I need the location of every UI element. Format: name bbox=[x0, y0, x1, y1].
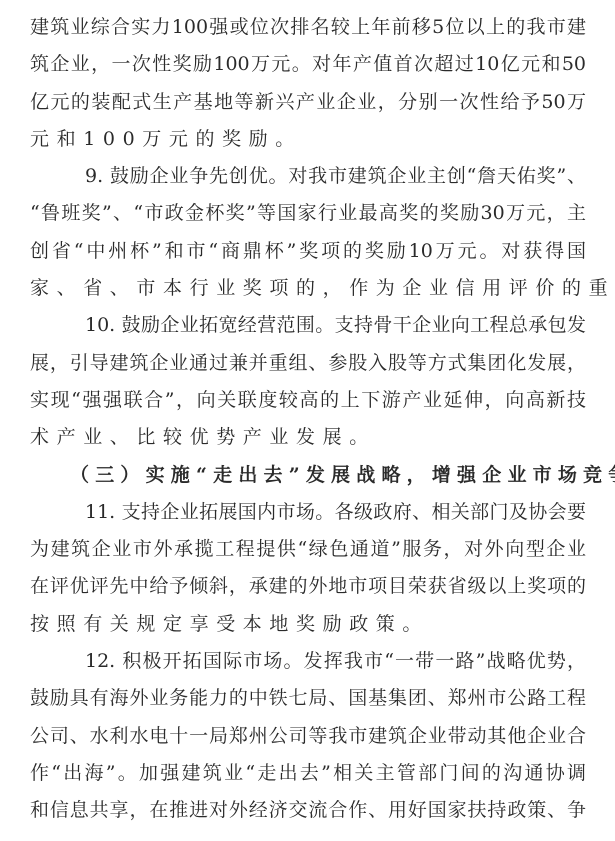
text-line: 元和100万元的奖励。 bbox=[30, 121, 586, 158]
paragraph-item-12: 12. 积极开拓国际市场。发挥我市“一带一路”战略优势， bbox=[30, 643, 586, 680]
paragraph-item-10: 10. 鼓励企业拓宽经营范围。支持骨干企业向工程总承包发 bbox=[30, 307, 586, 344]
text-line: 在评优评先中给予倾斜，承建的外地市项目荣获省级以上奖项的 bbox=[30, 568, 586, 605]
text-line: 实现“强强联合”，向关联度较高的上下游产业延伸，向高新技 bbox=[30, 382, 586, 419]
text-line: 作“出海”。加强建筑业“走出去”相关主管部门间的沟通协调 bbox=[30, 755, 586, 792]
document-page: 建筑业综合实力100强或位次排名较上年前移5位以上的我市建 筑企业，一次性奖励1… bbox=[30, 9, 586, 830]
text-line: 鼓励具有海外业务能力的中铁七局、国基集团、郑州市公路工程 bbox=[30, 680, 586, 717]
text-line: 术产业、比较优势产业发展。 bbox=[30, 419, 586, 456]
text-line: 亿元的装配式生产基地等新兴产业企业，分别一次性给予50万 bbox=[30, 84, 586, 121]
paragraph-item-11: 11. 支持企业拓展国内市场。各级政府、相关部门及协会要 bbox=[30, 494, 586, 531]
text-line: 筑企业，一次性奖励100万元。对年产值首次超过10亿元和50 bbox=[30, 46, 586, 83]
text-line: 展，引导建筑企业通过兼并重组、参股入股等方式集团化发展， bbox=[30, 345, 586, 382]
text-line: 建筑业综合实力100强或位次排名较上年前移5位以上的我市建 bbox=[30, 9, 586, 46]
paragraph-item-9: 9. 鼓励企业争先创优。对我市建筑企业主创“詹天佑奖”、 bbox=[30, 158, 586, 195]
text-line: “鲁班奖”、“市政金杯奖”等国家行业最高奖的奖励30万元，主 bbox=[30, 195, 586, 232]
section-heading: （三）实施“走出去”发展战略，增强企业市场竞争力 bbox=[30, 457, 586, 494]
text-line: 家、省、市本行业奖项的，作为企业信用评价的重要指标。 bbox=[30, 270, 586, 307]
text-line: 为建筑企业市外承揽工程提供“绿色通道”服务，对外向型企业 bbox=[30, 531, 586, 568]
text-line: 创省“中州杯”和市“商鼎杯”奖项的奖励10万元。对获得国 bbox=[30, 233, 586, 270]
text-line: 公司、水利水电十一局郑州公司等我市建筑企业带动其他企业合 bbox=[30, 718, 586, 755]
text-line: 按照有关规定享受本地奖励政策。 bbox=[30, 606, 586, 643]
text-line: 和信息共享，在推进对外经济交流合作、用好国家扶持政策、争 bbox=[30, 792, 586, 829]
